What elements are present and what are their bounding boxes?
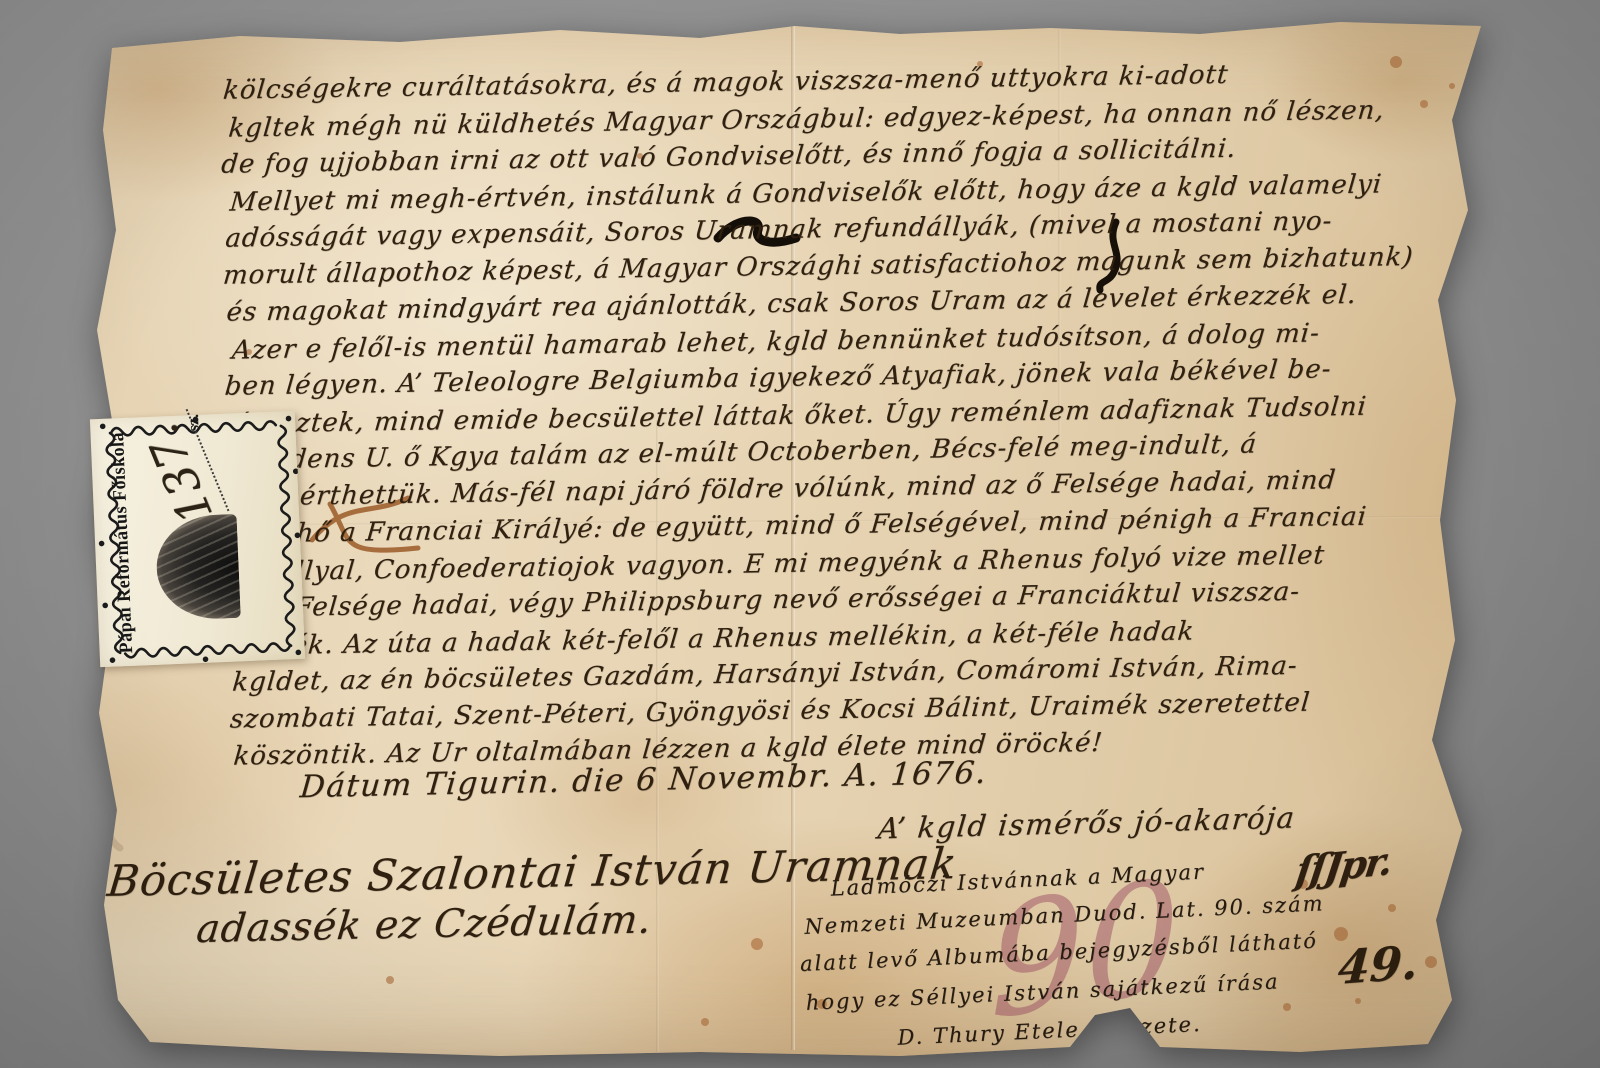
photo-background: kölcségekre curáltatásokra, és á magok v… bbox=[0, 0, 1600, 1068]
archive-label: Pápai Református Főiskola 137. sz. bbox=[90, 411, 305, 667]
label-number-suffix: sz. bbox=[184, 413, 203, 431]
archive-label-content: Pápai Református Főiskola 137. sz. bbox=[90, 411, 305, 667]
letter-body: kölcségekre curáltatásokra, és á magok v… bbox=[223, 56, 1464, 778]
page-number: 49. bbox=[1336, 935, 1420, 995]
